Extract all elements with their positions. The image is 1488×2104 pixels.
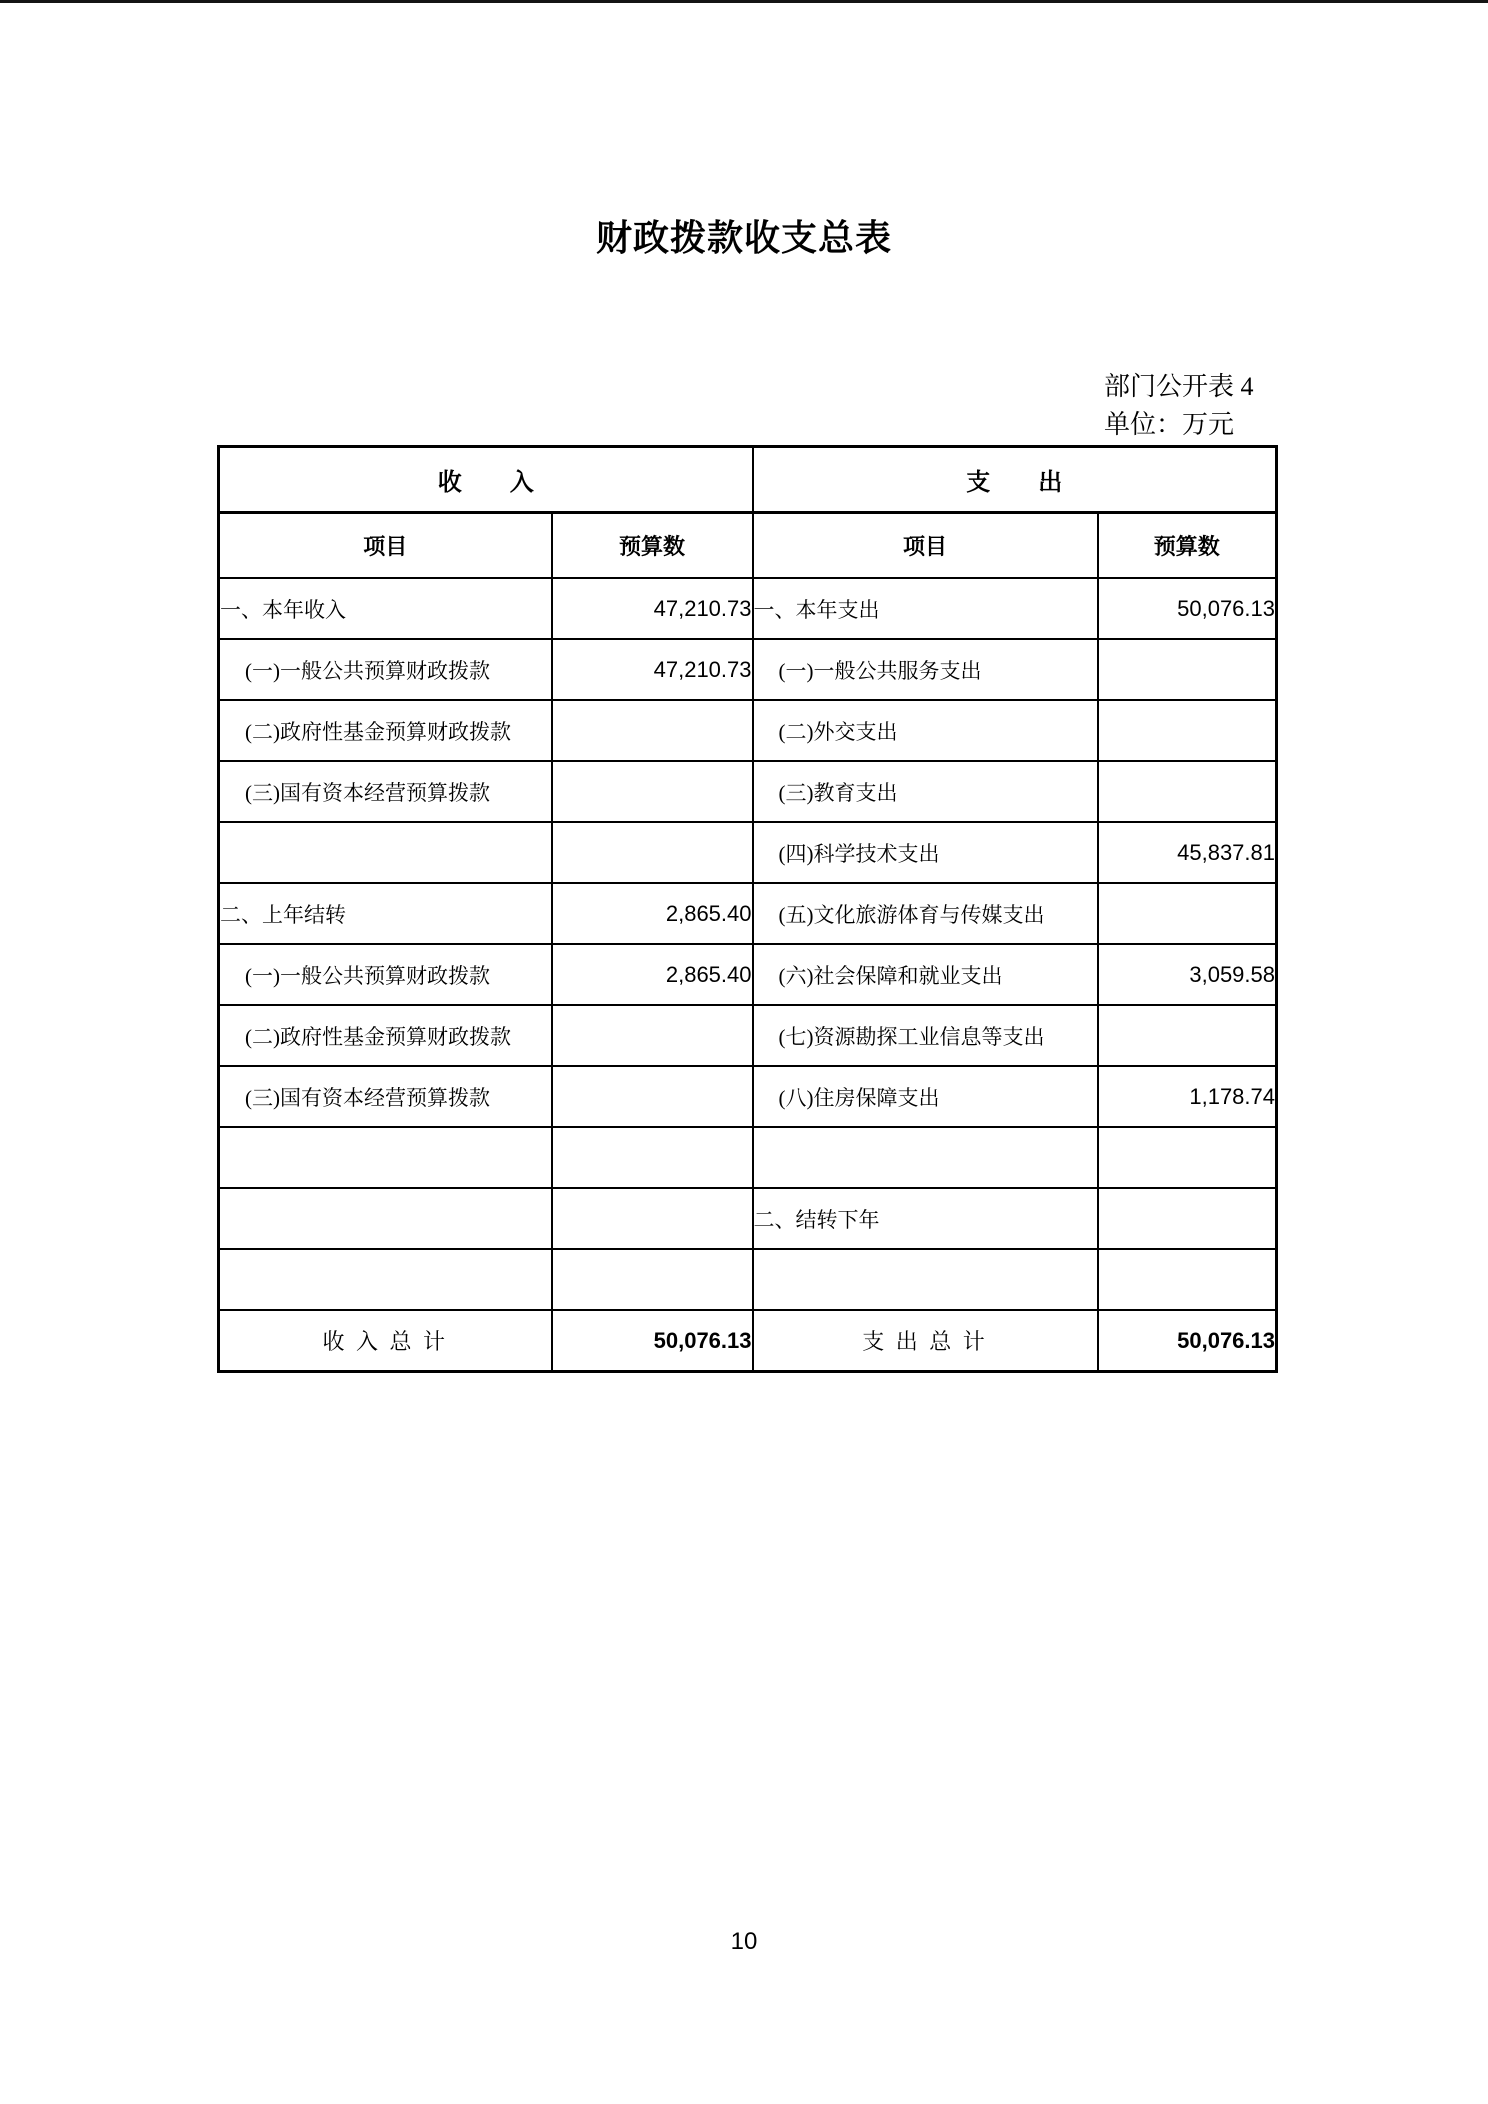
income-item-cell: (三)国有资本经营预算拨款 — [219, 761, 552, 822]
income-value-cell — [552, 761, 753, 822]
expense-value-cell: 1,178.74 — [1098, 1066, 1277, 1127]
income-item-cell: (一)一般公共预算财政拨款 — [219, 944, 552, 1005]
income-value-cell: 2,865.40 — [552, 883, 753, 944]
income-value-cell — [552, 1005, 753, 1066]
income-total-label: 收 入 总 计 — [219, 1310, 552, 1372]
income-total-value: 50,076.13 — [552, 1310, 753, 1372]
expense-item-cell — [753, 1249, 1098, 1310]
expense-item-cell: (二)外交支出 — [753, 700, 1098, 761]
income-item-cell — [219, 822, 552, 883]
income-item-col-header: 项目 — [219, 513, 552, 579]
table-row: 二、上年结转2,865.40(五)文化旅游体育与传媒支出 — [219, 883, 1277, 944]
expense-item-cell: (三)教育支出 — [753, 761, 1098, 822]
income-value-cell — [552, 1066, 753, 1127]
expense-item-cell — [753, 1127, 1098, 1188]
expense-item-cell: (四)科学技术支出 — [753, 822, 1098, 883]
income-value-cell — [552, 1188, 753, 1249]
income-value-cell: 47,210.73 — [552, 639, 753, 700]
table-row: (二)政府性基金预算财政拨款(二)外交支出 — [219, 700, 1277, 761]
income-value-cell — [552, 700, 753, 761]
income-item-cell: (三)国有资本经营预算拨款 — [219, 1066, 552, 1127]
table-row — [219, 1127, 1277, 1188]
table-footer: 收 入 总 计 50,076.13 支 出 总 计 50,076.13 — [219, 1310, 1277, 1372]
expense-budget-col-header: 预算数 — [1098, 513, 1277, 579]
table-row: (二)政府性基金预算财政拨款(七)资源勘探工业信息等支出 — [219, 1005, 1277, 1066]
expense-value-cell — [1098, 700, 1277, 761]
table-row: 二、结转下年 — [219, 1188, 1277, 1249]
expense-item-cell: (五)文化旅游体育与传媒支出 — [753, 883, 1098, 944]
income-item-cell — [219, 1188, 552, 1249]
income-value-cell — [552, 1249, 753, 1310]
income-item-cell: (二)政府性基金预算财政拨款 — [219, 700, 552, 761]
expense-value-cell: 3,059.58 — [1098, 944, 1277, 1005]
income-value-cell — [552, 1127, 753, 1188]
income-value-cell: 2,865.40 — [552, 944, 753, 1005]
expense-item-cell: (七)资源勘探工业信息等支出 — [753, 1005, 1098, 1066]
budget-table: 收 入 支 出 项目 预算数 项目 预算数 一、本年收入47,210.73一、本… — [217, 445, 1278, 1373]
expense-value-cell — [1098, 1249, 1277, 1310]
document-page: 财政拨款收支总表 部门公开表 4 单位：万元 收 入 支 出 项目 预算数 项目… — [0, 0, 1488, 2104]
income-item-cell: (二)政府性基金预算财政拨款 — [219, 1005, 552, 1066]
expense-value-cell: 50,076.13 — [1098, 578, 1277, 639]
expense-value-cell — [1098, 1127, 1277, 1188]
table-row: (三)国有资本经营预算拨款(八)住房保障支出1,178.74 — [219, 1066, 1277, 1127]
table-row — [219, 1249, 1277, 1310]
expense-value-cell — [1098, 1005, 1277, 1066]
page-title: 财政拨款收支总表 — [0, 210, 1488, 261]
expense-value-cell — [1098, 761, 1277, 822]
table-header: 收 入 支 出 项目 预算数 项目 预算数 — [219, 447, 1277, 579]
table-row: (一)一般公共预算财政拨款47,210.73(一)一般公共服务支出 — [219, 639, 1277, 700]
group-header-row: 收 入 支 出 — [219, 447, 1277, 513]
table-row: (四)科学技术支出45,837.81 — [219, 822, 1277, 883]
expense-item-cell: (六)社会保障和就业支出 — [753, 944, 1098, 1005]
expense-value-cell — [1098, 1188, 1277, 1249]
column-header-row: 项目 预算数 项目 预算数 — [219, 513, 1277, 579]
expense-item-cell: (八)住房保障支出 — [753, 1066, 1098, 1127]
totals-row: 收 入 总 计 50,076.13 支 出 总 计 50,076.13 — [219, 1310, 1277, 1372]
expense-item-cell: 二、结转下年 — [753, 1188, 1098, 1249]
table-row: (一)一般公共预算财政拨款2,865.40(六)社会保障和就业支出3,059.5… — [219, 944, 1277, 1005]
expense-group-header: 支 出 — [753, 447, 1277, 513]
table-number-label: 部门公开表 4 — [1104, 368, 1254, 406]
income-item-cell: 一、本年收入 — [219, 578, 552, 639]
income-item-cell — [219, 1249, 552, 1310]
expense-total-value: 50,076.13 — [1098, 1310, 1277, 1372]
income-item-cell: (一)一般公共预算财政拨款 — [219, 639, 552, 700]
expense-item-cell: (一)一般公共服务支出 — [753, 639, 1098, 700]
expense-total-label: 支 出 总 计 — [753, 1310, 1098, 1372]
table-meta: 部门公开表 4 单位：万元 — [1104, 368, 1254, 444]
income-budget-col-header: 预算数 — [552, 513, 753, 579]
expense-value-cell: 45,837.81 — [1098, 822, 1277, 883]
income-group-header: 收 入 — [219, 447, 753, 513]
income-value-cell — [552, 822, 753, 883]
table-row: (三)国有资本经营预算拨款(三)教育支出 — [219, 761, 1277, 822]
window-top-edge — [0, 0, 1488, 3]
income-item-cell: 二、上年结转 — [219, 883, 552, 944]
unit-label: 单位：万元 — [1104, 406, 1254, 444]
income-value-cell: 47,210.73 — [552, 578, 753, 639]
income-item-cell — [219, 1127, 552, 1188]
page-number: 10 — [0, 1928, 1488, 1956]
expense-value-cell — [1098, 883, 1277, 944]
table-body: 一、本年收入47,210.73一、本年支出50,076.13(一)一般公共预算财… — [219, 578, 1277, 1310]
expense-item-col-header: 项目 — [753, 513, 1098, 579]
table-row: 一、本年收入47,210.73一、本年支出50,076.13 — [219, 578, 1277, 639]
expense-item-cell: 一、本年支出 — [753, 578, 1098, 639]
expense-value-cell — [1098, 639, 1277, 700]
